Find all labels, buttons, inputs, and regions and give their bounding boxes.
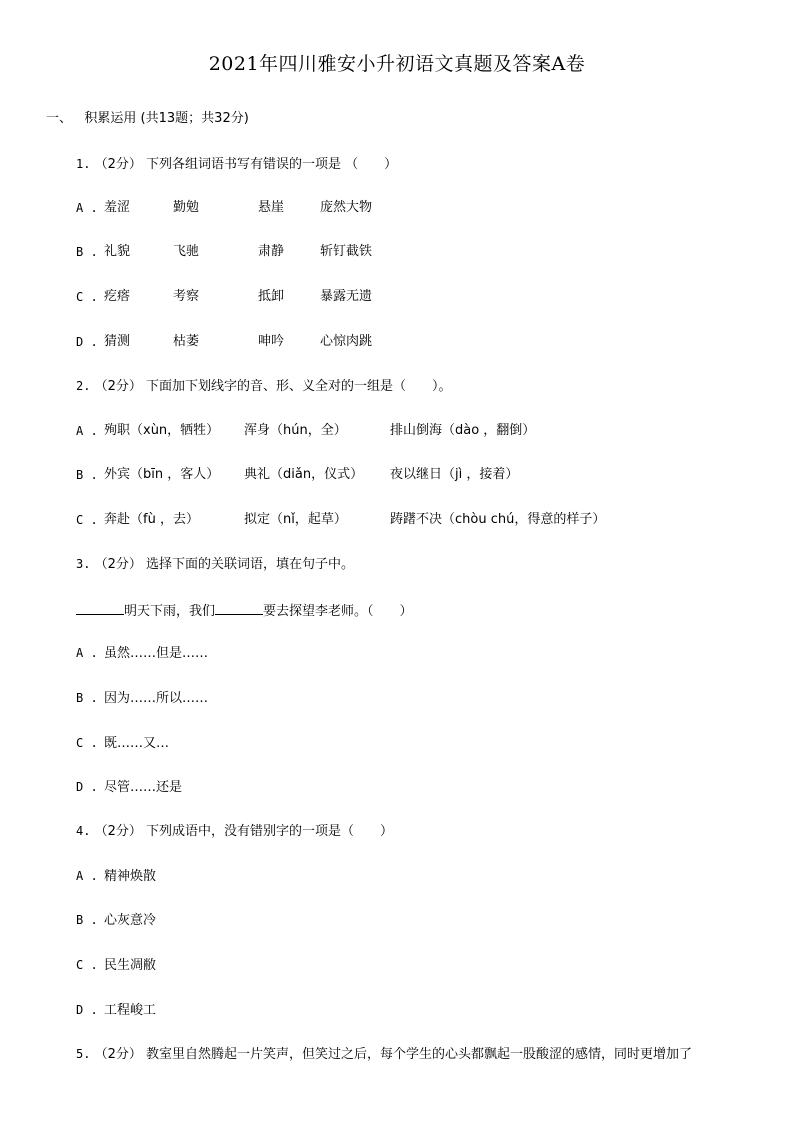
- answer-blank-1[interactable]: [76, 600, 124, 615]
- option-3c: C .既……又…: [76, 734, 169, 753]
- option-word: 礼貌: [104, 243, 130, 261]
- option-4a: A .精神焕散: [76, 867, 156, 886]
- option-text: 因为……所以……: [104, 691, 208, 706]
- question-score: （2分）: [95, 379, 142, 394]
- option-label: C .: [76, 288, 104, 306]
- question-4: 4. （2分） 下列成语中，没有错别字的一项是（ ）: [76, 822, 393, 841]
- option-2b: B . 外宾（bīn ，客人） 典礼（diǎn，仪式） 夜以继日（jì ，接着）: [76, 466, 776, 485]
- option-phrase: 殉职（xùn，牺牲）: [104, 422, 219, 440]
- option-label: B .: [76, 911, 104, 929]
- option-1d: D . 猜测 枯萎 呻吟 心惊肉跳: [76, 333, 476, 352]
- option-word: 猜测: [104, 333, 130, 351]
- question-number: 1.: [76, 157, 90, 171]
- option-phrase: 夜以继日（jì ，接着）: [390, 466, 518, 484]
- option-text: 尽管……还是: [104, 780, 182, 795]
- question-5: 5. （2分） 教室里自然腾起一片笑声，但笑过之后，每个学生的心头都飘起一股酸涩…: [76, 1045, 692, 1064]
- question-1: 1. （2分） 下列各组词语书写有错误的一项是 （ ）: [76, 155, 397, 174]
- question-score: （2分）: [95, 824, 142, 839]
- question-stem: 下列各组词语书写有错误的一项是 （ ）: [146, 157, 397, 172]
- answer-blank-2[interactable]: [215, 600, 263, 615]
- option-word: 暴露无遗: [320, 288, 372, 306]
- option-word: 考察: [173, 288, 199, 306]
- question-stem: 选择下面的关联词语，填在句子中。: [146, 557, 354, 572]
- option-4b: B .心灰意冷: [76, 911, 156, 930]
- option-label: C .: [76, 734, 104, 752]
- option-word: 呻吟: [258, 333, 284, 351]
- option-word: 心惊肉跳: [320, 333, 372, 351]
- option-label: B .: [76, 689, 104, 707]
- option-word: 飞驰: [173, 243, 199, 261]
- option-word: 悬崖: [258, 199, 284, 217]
- option-4c: C .民生凋敝: [76, 956, 156, 975]
- question-stem: 下面加下划线字的音、形、义全对的一组是（ ）。: [146, 379, 452, 394]
- option-phrase: 典礼（diǎn，仪式）: [244, 466, 363, 484]
- option-label: A .: [76, 867, 104, 885]
- question-score: （2分）: [95, 557, 142, 572]
- option-word: 斩钉截铁: [320, 243, 372, 261]
- option-1b: B . 礼貌 飞驰 肃静 斩钉截铁: [76, 243, 476, 262]
- option-text: 既……又…: [104, 736, 169, 751]
- option-word: 枯萎: [173, 333, 199, 351]
- option-word: 抵卸: [258, 288, 284, 306]
- option-1c: C . 疙瘩 考察 抵卸 暴露无遗: [76, 288, 476, 307]
- option-3a: A .虽然……但是……: [76, 644, 208, 663]
- question-score: （2分）: [95, 1047, 142, 1062]
- sentence-part-2: 要去探望李老师。（ ）: [263, 604, 413, 619]
- document-title: 2021年四川雅安小升初语文真题及答案A卷: [0, 50, 794, 78]
- option-3b: B .因为……所以……: [76, 689, 208, 708]
- option-label: D .: [76, 1001, 104, 1019]
- option-text: 精神焕散: [104, 869, 156, 884]
- option-text: 虽然……但是……: [104, 646, 208, 661]
- question-number: 4.: [76, 824, 90, 838]
- option-word: 勤勉: [173, 199, 199, 217]
- option-label: B .: [76, 466, 104, 484]
- question-2: 2. （2分） 下面加下划线字的音、形、义全对的一组是（ ）。: [76, 377, 452, 396]
- option-phrase: 排山倒海（dào ，翻倒）: [390, 422, 535, 440]
- question-stem: 教室里自然腾起一片笑声，但笑过之后，每个学生的心头都飘起一股酸涩的感情，同时更增…: [146, 1047, 692, 1062]
- option-label: A .: [76, 422, 104, 440]
- question-stem: 下列成语中，没有错别字的一项是（ ）: [146, 824, 393, 839]
- option-word: 肃静: [258, 243, 284, 261]
- option-label: D .: [76, 333, 104, 351]
- option-text: 心灰意冷: [104, 913, 156, 928]
- option-4d: D .工程峻工: [76, 1001, 156, 1020]
- option-2c: C . 奔赴（fù ，去） 拟定（nǐ，起草） 踌躇不决（chòu chú，得意…: [76, 511, 776, 530]
- question-number: 3.: [76, 557, 90, 571]
- option-3d: D .尽管……还是: [76, 778, 182, 797]
- option-phrase: 踌躇不决（chòu chú，得意的样子）: [390, 511, 605, 529]
- option-2a: A . 殉职（xùn，牺牲） 浑身（hún，全） 排山倒海（dào ，翻倒）: [76, 422, 776, 441]
- section-number: 一、: [46, 111, 72, 126]
- option-label: D .: [76, 778, 104, 796]
- option-word: 羞涩: [104, 199, 130, 217]
- option-label: A .: [76, 199, 104, 217]
- option-word: 庞然大物: [320, 199, 372, 217]
- fill-in-sentence: 明天下雨，我们要去探望李老师。（ ）: [76, 600, 413, 621]
- question-number: 5.: [76, 1047, 90, 1061]
- option-phrase: 拟定（nǐ，起草）: [244, 511, 347, 529]
- section-heading: 一、 积累运用 (共13题；共32分): [46, 110, 249, 128]
- section-text: 积累运用 (共13题；共32分): [84, 111, 248, 126]
- option-label: B .: [76, 243, 104, 261]
- option-word: 疙瘩: [104, 288, 130, 306]
- option-label: A .: [76, 644, 104, 662]
- option-phrase: 奔赴（fù ，去）: [104, 511, 199, 529]
- option-1a: A . 羞涩 勤勉 悬崖 庞然大物: [76, 199, 476, 218]
- question-number: 2.: [76, 379, 90, 393]
- sentence-part-1: 明天下雨，我们: [124, 604, 215, 619]
- option-text: 民生凋敝: [104, 958, 156, 973]
- question-score: （2分）: [95, 157, 142, 172]
- option-phrase: 浑身（hún，全）: [244, 422, 347, 440]
- option-phrase: 外宾（bīn ，客人）: [104, 466, 219, 484]
- option-label: C .: [76, 511, 104, 529]
- option-label: C .: [76, 956, 104, 974]
- question-3: 3. （2分） 选择下面的关联词语，填在句子中。: [76, 555, 354, 574]
- option-text: 工程峻工: [104, 1003, 156, 1018]
